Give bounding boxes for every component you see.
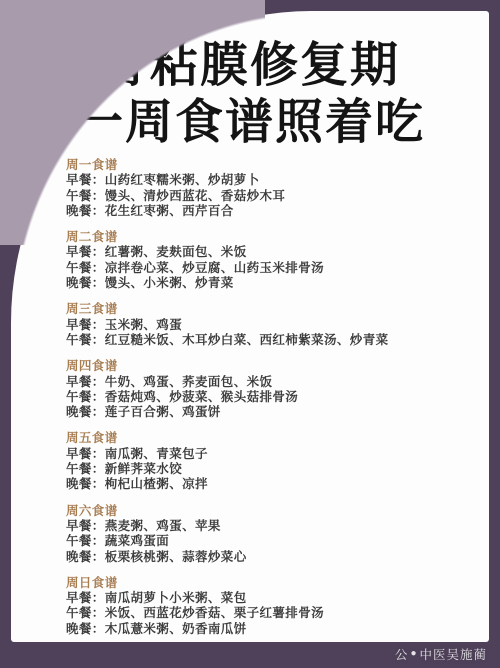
meal-row: 午餐：米饭、西蓝花炒香菇、栗子红薯排骨汤 [66, 606, 489, 621]
meal-items: 馒头、小米粥、炒青菜 [105, 276, 234, 290]
meal-items: 新鲜荠菜水饺 [105, 462, 182, 476]
meal-row: 晚餐：花生红枣粥、西芹百合 [66, 204, 489, 219]
menu-section: 周五食谱早餐：南瓜粥、青菜包子午餐：新鲜荠菜水饺晚餐：枸杞山楂粥、凉拌 [66, 431, 489, 492]
meal-row: 早餐：牛奶、鸡蛋、荞麦面包、米饭 [66, 375, 489, 390]
meal-label: 早餐： [66, 519, 105, 533]
meal-row: 午餐：凉拌卷心菜、炒豆腐、山药玉米排骨汤 [66, 261, 489, 276]
page-title: 胃粘膜修复期 一周食谱照着吃 [19, 37, 481, 151]
meal-row: 午餐：红豆糙米饭、木耳炒白菜、西红柿紫菜汤、炒青菜 [66, 333, 489, 348]
meal-items: 燕麦粥、鸡蛋、苹果 [105, 519, 221, 533]
meal-label: 晚餐： [66, 550, 105, 564]
meal-row: 晚餐：木瓜薏米粥、奶香南瓜饼 [66, 622, 489, 637]
meal-items: 馒头、清炒西蓝花、香菇炒木耳 [105, 189, 286, 203]
day-header: 周三食谱 [66, 302, 489, 317]
menu-section: 周二食谱早餐：红薯粥、麦麸面包、米饭午餐：凉拌卷心菜、炒豆腐、山药玉米排骨汤晚餐… [66, 230, 489, 291]
day-header: 周一食谱 [66, 158, 489, 173]
logo-icon: ● [410, 648, 417, 660]
meal-items: 南瓜胡萝卜小米粥、菜包 [105, 591, 247, 605]
meal-label: 午餐： [66, 390, 105, 404]
meal-items: 板栗核桃粥、蒜蓉炒菜心 [105, 550, 247, 564]
meal-items: 花生红枣粥、西芹百合 [105, 204, 234, 218]
menu-section: 周六食谱早餐：燕麦粥、鸡蛋、苹果午餐：蔬菜鸡蛋面晚餐：板栗核桃粥、蒜蓉炒菜心 [66, 504, 489, 565]
meal-row: 晚餐：馒头、小米粥、炒青菜 [66, 276, 489, 291]
meal-label: 午餐： [66, 261, 105, 275]
meal-label: 晚餐： [66, 477, 105, 491]
meal-label: 午餐： [66, 333, 105, 347]
meal-label: 午餐： [66, 189, 105, 203]
meal-label: 晚餐： [66, 276, 105, 290]
day-header: 周六食谱 [66, 504, 489, 519]
meal-row: 午餐：蔬菜鸡蛋面 [66, 534, 489, 549]
meal-items: 牛奶、鸡蛋、荞麦面包、米饭 [105, 375, 273, 389]
meal-items: 红薯粥、麦麸面包、米饭 [105, 245, 247, 259]
meal-row: 晚餐：枸杞山楂粥、凉拌 [66, 477, 489, 492]
meal-row: 早餐：南瓜粥、青菜包子 [66, 447, 489, 462]
meal-label: 早餐： [66, 318, 105, 332]
day-header: 周五食谱 [66, 431, 489, 446]
meal-items: 红豆糙米饭、木耳炒白菜、西红柿紫菜汤、炒青菜 [105, 333, 389, 347]
menu: 周一食谱早餐：山药红枣糯米粥、炒胡萝卜午餐：馒头、清炒西蓝花、香菇炒木耳晚餐：花… [11, 158, 489, 637]
content-panel: 胃粘膜修复期 一周食谱照着吃 周一食谱早餐：山药红枣糯米粥、炒胡萝卜午餐：馒头、… [11, 11, 489, 642]
meal-row: 晚餐：板栗核桃粥、蒜蓉炒菜心 [66, 550, 489, 565]
meal-items: 蔬菜鸡蛋面 [105, 534, 170, 548]
meal-row: 晚餐：莲子百合粥、鸡蛋饼 [66, 405, 489, 420]
meal-row: 午餐：馒头、清炒西蓝花、香菇炒木耳 [66, 189, 489, 204]
menu-section: 周四食谱早餐：牛奶、鸡蛋、荞麦面包、米饭午餐：香菇炖鸡、炒菠菜、猴头菇排骨汤晚餐… [66, 359, 489, 420]
meal-items: 凉拌卷心菜、炒豆腐、山药玉米排骨汤 [105, 261, 324, 275]
meal-row: 早餐：燕麦粥、鸡蛋、苹果 [66, 519, 489, 534]
page-title-line2: 一周食谱照着吃 [19, 94, 481, 151]
meal-row: 早餐：红薯粥、麦麸面包、米饭 [66, 245, 489, 260]
meal-items: 枸杞山楂粥、凉拌 [105, 477, 208, 491]
watermark: 公 ● 中医吴施蔺 [395, 645, 487, 663]
menu-section: 周一食谱早餐：山药红枣糯米粥、炒胡萝卜午餐：馒头、清炒西蓝花、香菇炒木耳晚餐：花… [66, 158, 489, 219]
day-header: 周日食谱 [66, 576, 489, 591]
meal-items: 南瓜粥、青菜包子 [105, 447, 208, 461]
meal-label: 晚餐： [66, 622, 105, 636]
meal-items: 玉米粥、鸡蛋 [105, 318, 182, 332]
meal-row: 午餐：香菇炖鸡、炒菠菜、猴头菇排骨汤 [66, 390, 489, 405]
meal-label: 晚餐： [66, 405, 105, 419]
meal-items: 米饭、西蓝花炒香菇、栗子红薯排骨汤 [105, 606, 324, 620]
meal-label: 午餐： [66, 534, 105, 548]
day-header: 周二食谱 [66, 230, 489, 245]
meal-label: 早餐： [66, 245, 105, 259]
meal-items: 木瓜薏米粥、奶香南瓜饼 [105, 622, 247, 636]
meal-row: 早餐：玉米粥、鸡蛋 [66, 318, 489, 333]
meal-label: 午餐： [66, 462, 105, 476]
paw-icon: 公 [395, 645, 409, 663]
watermark-text: 中医吴施蔺 [419, 645, 487, 663]
meal-label: 晚餐： [66, 204, 105, 218]
meal-label: 早餐： [66, 591, 105, 605]
meal-items: 香菇炖鸡、炒菠菜、猴头菇排骨汤 [105, 390, 299, 404]
meal-label: 午餐： [66, 606, 105, 620]
meal-row: 早餐：南瓜胡萝卜小米粥、菜包 [66, 591, 489, 606]
menu-section: 周三食谱早餐：玉米粥、鸡蛋午餐：红豆糙米饭、木耳炒白菜、西红柿紫菜汤、炒青菜 [66, 302, 489, 348]
meal-label: 早餐： [66, 173, 105, 187]
menu-section: 周日食谱早餐：南瓜胡萝卜小米粥、菜包午餐：米饭、西蓝花炒香菇、栗子红薯排骨汤晚餐… [66, 576, 489, 637]
meal-row: 午餐：新鲜荠菜水饺 [66, 462, 489, 477]
meal-label: 早餐： [66, 375, 105, 389]
meal-items: 莲子百合粥、鸡蛋饼 [105, 405, 221, 419]
meal-label: 早餐： [66, 447, 105, 461]
poster: 胃粘膜修复期 一周食谱照着吃 周一食谱早餐：山药红枣糯米粥、炒胡萝卜午餐：馒头、… [0, 0, 500, 668]
page-title-line1: 胃粘膜修复期 [19, 37, 481, 94]
meal-items: 山药红枣糯米粥、炒胡萝卜 [105, 173, 260, 187]
meal-row: 早餐：山药红枣糯米粥、炒胡萝卜 [66, 173, 489, 188]
day-header: 周四食谱 [66, 359, 489, 374]
